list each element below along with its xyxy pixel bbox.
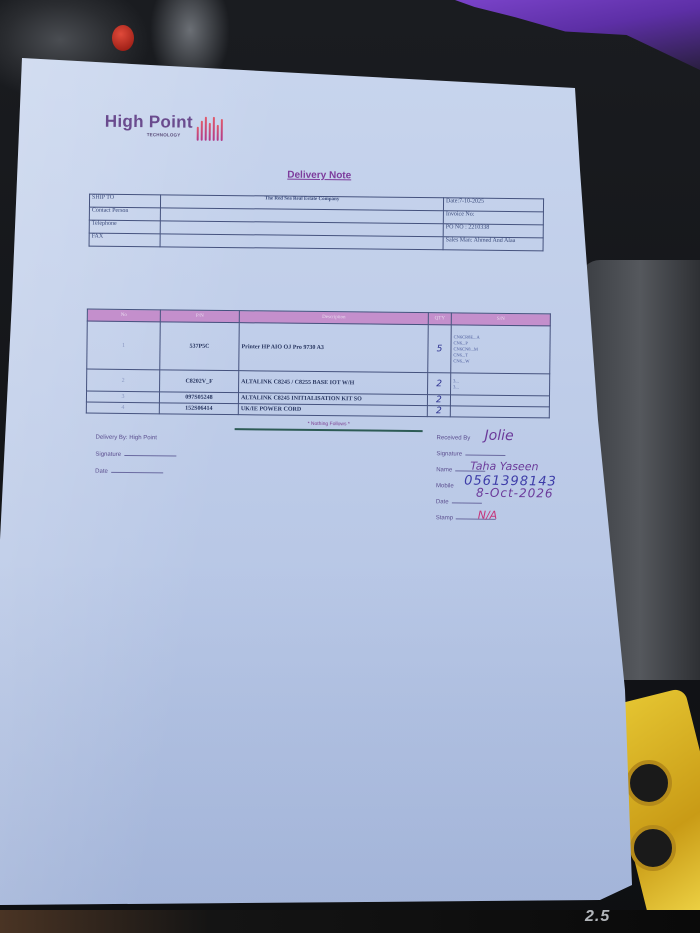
items-table: No P/N Description QTY S/N 1 537P5C Prin… [86, 309, 551, 419]
row-no: 2 [87, 369, 160, 392]
row-qty: 2 [427, 395, 450, 406]
date-field: Date:7-10-2025 [443, 198, 543, 212]
fax-value [160, 234, 443, 250]
row-description: UK/IE POWER CORD [238, 404, 427, 417]
row-pn: 152S06414 [159, 403, 238, 415]
received-stamp-row: Stamp N/A [436, 515, 505, 532]
header-pn: P/N [160, 310, 239, 323]
header-qty: QTY [428, 313, 451, 325]
invoice-field: Invoice No: [443, 211, 543, 225]
handwritten-signature: Jolie [485, 428, 514, 444]
received-by-section: Received By Jolie Signature Name Taha Ya… [436, 435, 506, 532]
table-row: 1 537P5C Printer HP AIO OJ Pro 9730 A3 5… [87, 321, 550, 374]
row-no: 3 [86, 391, 159, 403]
ship-to-table: SHIP TO The Red Sea Real Estate Company … [89, 194, 545, 252]
signature-label: Signature [436, 451, 462, 457]
date-label: Date [95, 469, 108, 475]
received-by-row: Received By Jolie [436, 435, 505, 452]
row-pn: 537P5C [160, 322, 239, 371]
row-qty: 5 [428, 325, 452, 373]
name-label: Name [436, 467, 452, 473]
checkmark-qty: 2 [436, 406, 442, 416]
document-content: High Point TECHNOLOGY Delivery Note SHIP… [0, 0, 700, 933]
row-description: ALTALINK C8245 / C8255 BASE IOT W/H [239, 371, 428, 395]
row-pn: 097S05248 [159, 392, 238, 404]
brand-name: High Point [105, 112, 193, 132]
checkmark-qty: 2 [436, 379, 442, 389]
handwritten-date: 8-Oct-2026 [476, 486, 554, 501]
row-sn [450, 406, 549, 418]
sound-wave-logo-icon [197, 115, 225, 141]
row-description: Printer HP AIO OJ Pro 9730 A3 [239, 323, 428, 373]
document-title: Delivery Note [287, 170, 351, 182]
row-qty: 2 [427, 406, 450, 417]
po-field: PO NO : 2210338 [443, 224, 543, 238]
delivered-by-section: Delivery By: High Point Signature Date [95, 435, 176, 487]
brand-tagline: TECHNOLOGY [147, 132, 181, 137]
ship-to-label: SHIP TO [89, 194, 160, 208]
row-no: 4 [86, 402, 159, 414]
checkmark-qty: 2 [436, 395, 442, 405]
signature-label: Signature [95, 452, 121, 458]
delivered-by-label: Delivery By: High Point [96, 435, 177, 442]
serial-number: CN6...W [453, 358, 547, 365]
received-by-label: Received By [437, 435, 471, 441]
delivered-date-line: Date [95, 469, 176, 476]
handwritten-stamp: N/A [478, 509, 498, 522]
handwritten-name: Taha Yaseen [470, 460, 538, 474]
stamp-label: Stamp [436, 515, 453, 521]
row-no: 1 [87, 321, 160, 370]
telephone-label: Telephone [89, 220, 160, 234]
date-label: Date [436, 499, 449, 505]
row-sn: CN6CR8E...A CN6...P CN6CN8...M CN6...T C… [451, 325, 550, 374]
delivered-signature-line: Signature [95, 452, 176, 459]
row-sn: 3... 3... [451, 373, 550, 396]
contact-person-label: Contact Person [89, 207, 160, 221]
fax-label: FAX [89, 233, 160, 247]
header-sn: S/N [451, 313, 550, 326]
mobile-label: Mobile [436, 483, 454, 489]
checkmark-qty: 5 [437, 344, 443, 354]
row-qty: 2 [428, 373, 451, 395]
row-pn: C8202V_F [160, 370, 239, 393]
header-no: No [87, 309, 160, 322]
brand-logo: High Point TECHNOLOGY [105, 112, 193, 133]
nothing-follows: * Nothing Follows * [235, 420, 423, 432]
watermark: 2.5 [585, 908, 610, 926]
serial-number: 3... [453, 384, 547, 391]
salesman-field: Sales Man: Ahmed And Alaa [443, 237, 543, 251]
